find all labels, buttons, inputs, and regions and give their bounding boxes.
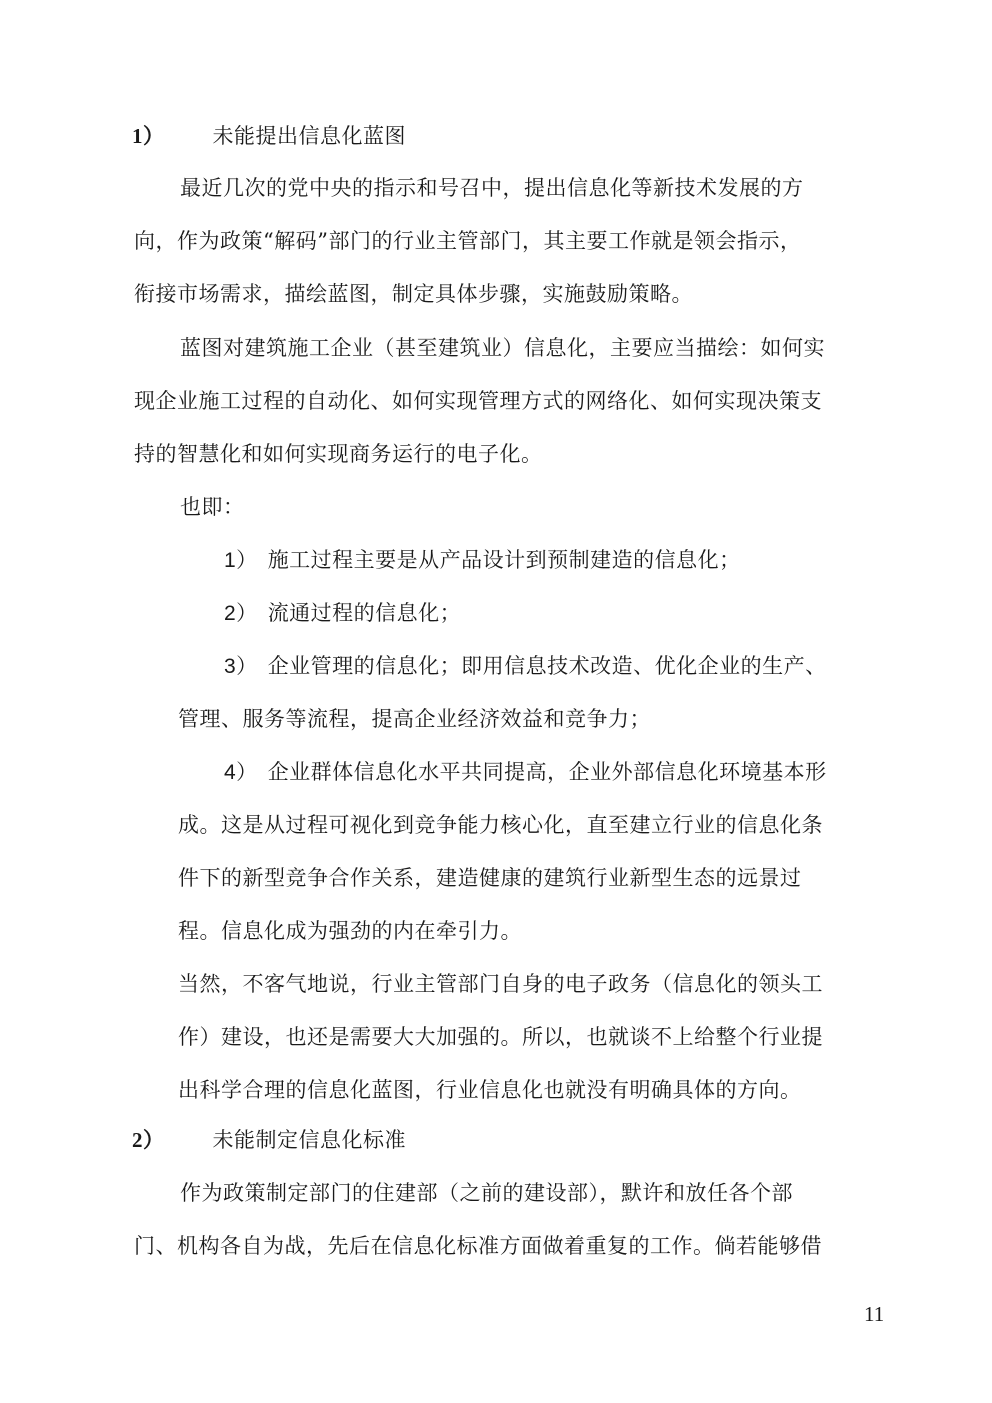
document-page: 1）未能提出信息化蓝图 最近几次的党中央的指示和号召中，提出信息化等新技术发展的… — [0, 0, 992, 1403]
list-text: 企业群体信息化水平共同提高，企业外部信息化环境基本形 — [268, 760, 827, 784]
list-continuation: 件下的新型竞争合作关系，建造健康的建筑行业新型生态的远景过 — [178, 863, 802, 893]
paragraph-line: 出科学合理的信息化蓝图，行业信息化也就没有明确具体的方向。 — [178, 1075, 802, 1105]
page-number: 11 — [864, 1302, 884, 1327]
paragraph-line: 作）建设，也还是需要大大加强的。所以，也就谈不上给整个行业提 — [178, 1022, 823, 1052]
section-title: 未能提出信息化蓝图 — [213, 124, 407, 148]
list-item: 1）施工过程主要是从产品设计到预制建造的信息化； — [224, 545, 741, 576]
paragraph-line: 门、机构各自为战，先后在信息化标准方面做着重复的工作。倘若能够借 — [134, 1231, 822, 1261]
paragraph-line: 现企业施工过程的自动化、如何实现管理方式的网络化、如何实现决策支 — [134, 386, 822, 416]
section-2-heading: 2）未能制定信息化标准 — [132, 1125, 406, 1155]
list-continuation: 程。信息化成为强劲的内在牵引力。 — [178, 916, 522, 946]
list-number: 2） — [224, 602, 258, 625]
list-item: 3）企业管理的信息化；即用信息技术改造、优化企业的生产、 — [224, 651, 827, 682]
section-number: 2） — [132, 1128, 165, 1152]
list-continuation: 成。这是从过程可视化到竞争能力核心化，直至建立行业的信息化条 — [178, 810, 823, 840]
list-continuation: 管理、服务等流程，提高企业经济效益和竞争力； — [178, 704, 651, 734]
paragraph-line: 衔接市场需求，描绘蓝图，制定具体步骤，实施鼓励策略。 — [134, 279, 693, 309]
paragraph-line: 当然，不客气地说，行业主管部门自身的电子政务（信息化的领头工 — [178, 969, 823, 999]
list-text: 施工过程主要是从产品设计到预制建造的信息化； — [268, 548, 741, 572]
paragraph-line: 向，作为政策“解码”部门的行业主管部门，其主要工作就是领会指示， — [134, 226, 801, 256]
list-item: 2）流通过程的信息化； — [224, 598, 461, 629]
list-item: 4）企业群体信息化水平共同提高，企业外部信息化环境基本形 — [224, 757, 827, 788]
section-1-heading: 1）未能提出信息化蓝图 — [132, 121, 406, 151]
list-number: 3） — [224, 655, 258, 678]
paragraph-line: 也即： — [180, 492, 245, 522]
list-text: 流通过程的信息化； — [268, 601, 462, 625]
list-text: 企业管理的信息化；即用信息技术改造、优化企业的生产、 — [268, 654, 827, 678]
paragraph-line: 蓝图对建筑施工企业（甚至建筑业）信息化，主要应当描绘：如何实 — [180, 333, 825, 363]
list-number: 1） — [224, 549, 258, 572]
section-title: 未能制定信息化标准 — [213, 1128, 407, 1152]
paragraph-line: 作为政策制定部门的住建部（之前的建设部），默许和放任各个部 — [180, 1178, 793, 1208]
section-number: 1） — [132, 124, 165, 148]
paragraph-line: 最近几次的党中央的指示和号召中，提出信息化等新技术发展的方 — [180, 173, 804, 203]
paragraph-line: 持的智慧化和如何实现商务运行的电子化。 — [134, 439, 543, 469]
list-number: 4） — [224, 761, 258, 784]
